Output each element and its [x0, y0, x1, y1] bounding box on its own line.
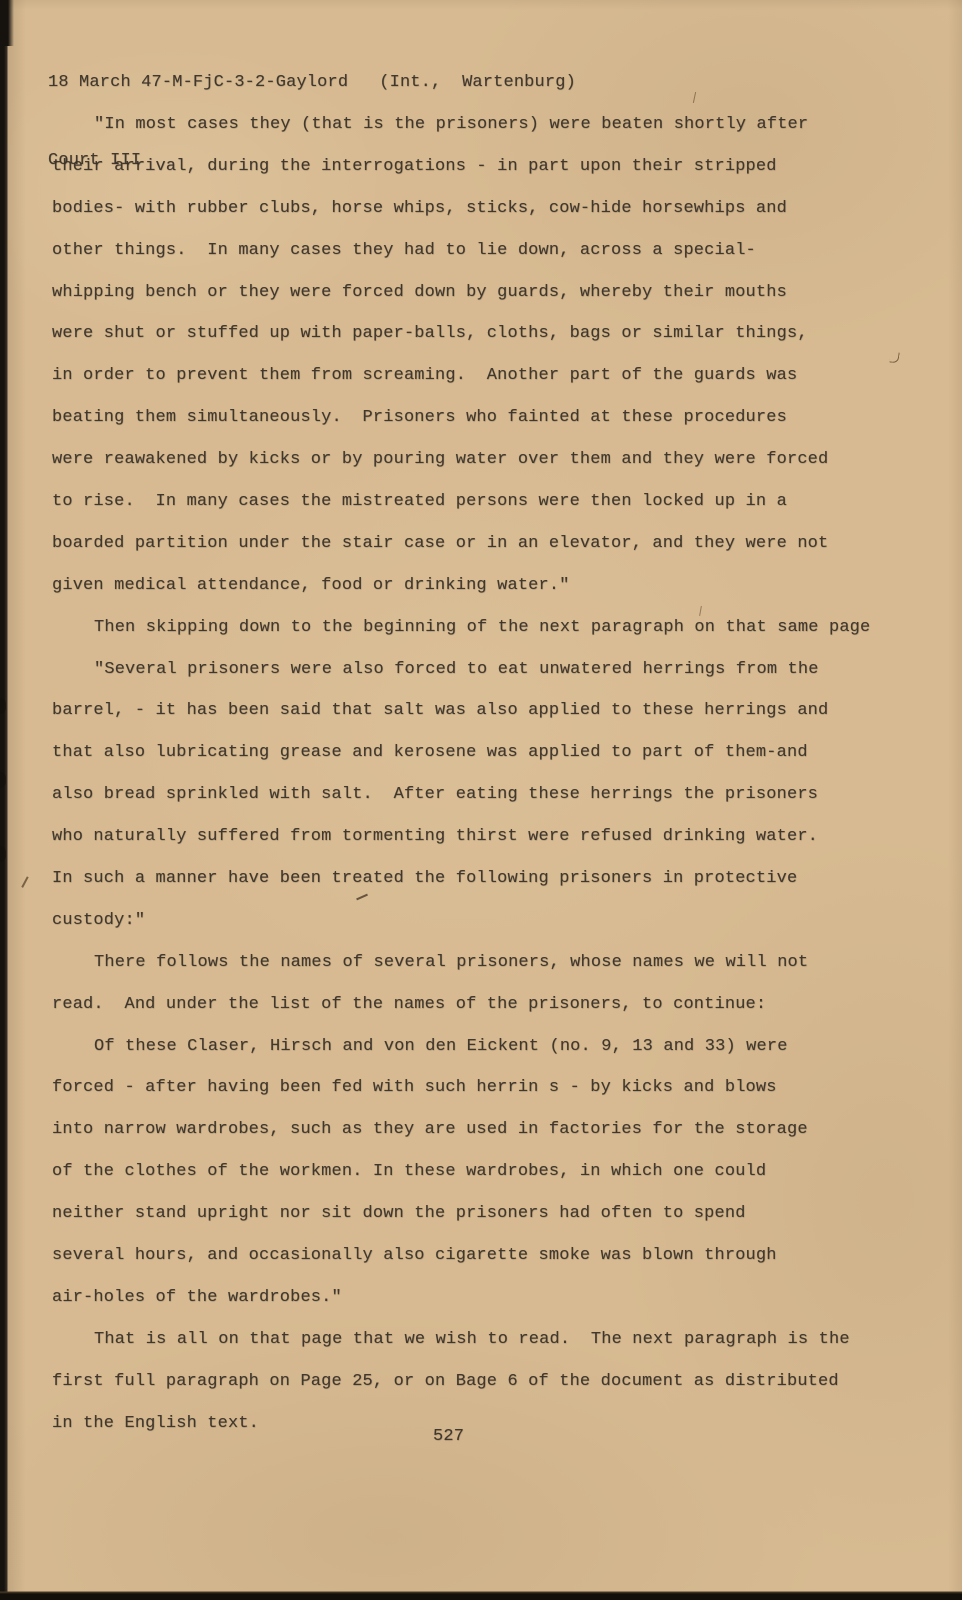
typewritten-line: in the English text. [52, 1403, 912, 1445]
typewritten-line: several hours, and occasionally also cig… [52, 1235, 912, 1277]
scanned-document-page: 18 March 47-M-FjC-3-2-Gaylord (Int., War… [0, 0, 962, 1600]
typewritten-line: neither stand upright nor sit down the p… [52, 1193, 912, 1235]
typewritten-line: read. And under the list of the names of… [52, 984, 912, 1026]
typewritten-line: who naturally suffered from tormenting t… [52, 816, 912, 858]
typewritten-line: "Several prisoners were also forced to e… [52, 649, 912, 691]
typewritten-line: beating them simultaneously. Prisoners w… [52, 397, 912, 439]
typewritten-line: air-holes of the wardrobes." [52, 1277, 912, 1319]
typewritten-line: barrel, - it has been said that salt was… [52, 690, 912, 732]
typewritten-line: their arrival, during the interrogations… [52, 146, 912, 188]
typewritten-line: first full paragraph on Page 25, or on B… [52, 1361, 912, 1403]
typewritten-line: Of these Claser, Hirsch and von den Eick… [52, 1026, 912, 1068]
typewritten-line: in order to prevent them from screaming.… [52, 355, 912, 397]
typewritten-line: whipping bench or they were forced down … [52, 272, 912, 314]
typewritten-line: into narrow wardrobes, such as they are … [52, 1109, 912, 1151]
scan-speck [693, 92, 697, 103]
typewritten-line: boarded partition under the stair case o… [52, 523, 912, 565]
typewritten-line: given medical attendance, food or drinki… [52, 565, 912, 607]
scan-edge-bottom [0, 1591, 962, 1600]
typewritten-line: forced - after having been fed with such… [52, 1067, 912, 1109]
page-number: 527 [433, 1427, 464, 1446]
typewritten-line: that also lubricating grease and kerosen… [52, 732, 912, 774]
typewritten-line: That is all on that page that we wish to… [52, 1319, 912, 1361]
typewritten-line: were shut or stuffed up with paper-balls… [52, 313, 912, 355]
typewritten-line: There follows the names of several priso… [52, 942, 912, 984]
typewritten-line: Then skipping down to the beginning of t… [52, 607, 912, 649]
typewritten-line: to rise. In many cases the mistreated pe… [52, 481, 912, 523]
typewritten-line: bodies- with rubber clubs, horse whips, … [52, 188, 912, 230]
typewritten-line: were reawakened by kicks or by pouring w… [52, 439, 912, 481]
transcript-body: "In most cases they (that is the prisone… [52, 104, 912, 1445]
scan-edge-top-left [0, 0, 14, 46]
header-dictation-code: 18 March 47-M-FjC-3-2-Gaylord (Int., War… [48, 70, 576, 96]
typewritten-line: "In most cases they (that is the prisone… [52, 104, 912, 146]
typewritten-line: of the clothes of the workmen. In these … [52, 1151, 912, 1193]
typewritten-line: custody:" [52, 900, 912, 942]
typewritten-line: also bread sprinkled with salt. After ea… [52, 774, 912, 816]
typewritten-line: other things. In many cases they had to … [52, 230, 912, 272]
typewritten-line: In such a manner have been treated the f… [52, 858, 912, 900]
scan-edge-left [0, 0, 8, 1600]
scan-speck [21, 876, 28, 887]
